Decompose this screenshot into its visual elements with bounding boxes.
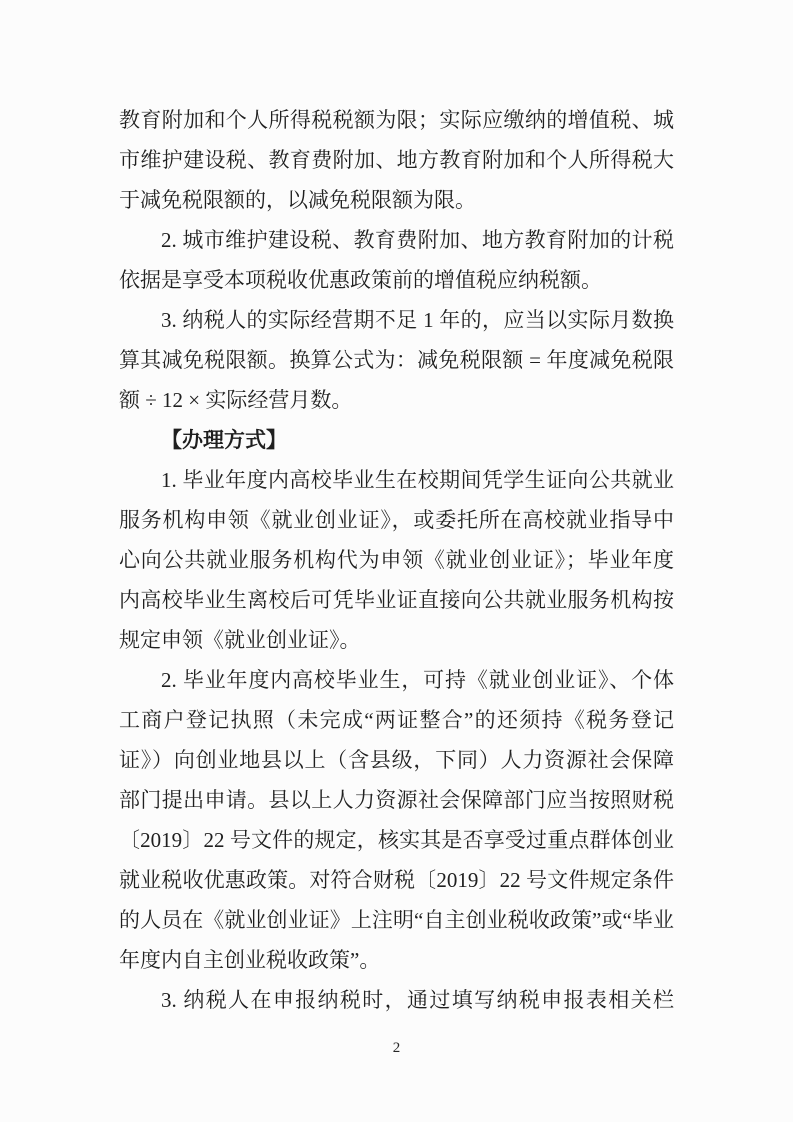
paragraph-continuation: 教育附加和个人所得税税额为限；实际应缴纳的增值税、城市维护建设税、教育费附加、地… (119, 100, 674, 220)
section-heading: 【办理方式】 (119, 420, 674, 460)
paragraph-method-1: 1. 毕业年度内高校毕业生在校期间凭学生证向公共就业服务机构申领《就业创业证》，… (119, 460, 674, 660)
page-number: 2 (0, 1038, 793, 1058)
paragraph-item-3: 3. 纳税人的实际经营期不足 1 年的，应当以实际月数换算其减免税限额。换算公式… (119, 300, 674, 420)
paragraph-method-3-cutoff: 3. 纳税人在申报纳税时，通过填写纳税申报表相关栏 (119, 980, 674, 1020)
paragraph-item-2: 2. 城市维护建设税、教育费附加、地方教育附加的计税依据是享受本项税收优惠政策前… (119, 220, 674, 300)
document-page: 教育附加和个人所得税税额为限；实际应缴纳的增值税、城市维护建设税、教育费附加、地… (0, 0, 793, 1122)
document-body: 教育附加和个人所得税税额为限；实际应缴纳的增值税、城市维护建设税、教育费附加、地… (119, 100, 674, 1020)
paragraph-method-2: 2. 毕业年度内高校毕业生，可持《就业创业证》、个体工商户登记执照（未完成“两证… (119, 660, 674, 980)
